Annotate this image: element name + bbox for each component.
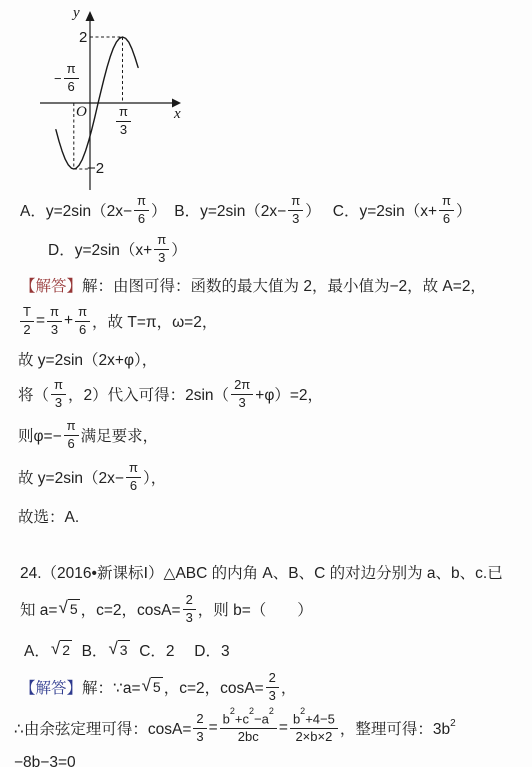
y-tick-min: −2 bbox=[87, 161, 104, 176]
q23-solution-line-6: 故 y=2sin（2x−π6）， bbox=[18, 456, 166, 498]
x-tick-neg-pi-over-6: −π6 bbox=[54, 62, 81, 95]
x-axis-label: x bbox=[174, 107, 181, 122]
q24-solution-line-2: ∴由余弦定理可得：cosA=23=b2+c2−a22bc=b2+4−52×b×2… bbox=[14, 706, 456, 750]
y-axis-label: y bbox=[73, 6, 80, 21]
q23-solution-line-4: 将（π3，2）代入可得：2sin（2π3+φ）=2， bbox=[18, 373, 323, 415]
q23-solution-line-5: 则φ=−π6满足要求， bbox=[18, 414, 158, 456]
origin-label: O bbox=[76, 105, 87, 120]
q24-solution-line-3: −8b−3=0 bbox=[14, 751, 76, 767]
q23-solution-answer: 故选：A. bbox=[18, 504, 79, 528]
q24-options-row: A．2 B．3 C．2 D．3 bbox=[24, 636, 230, 664]
function-graph-figure: y x O 2 −2 −π6 π3 bbox=[16, 4, 192, 196]
q24-stem-line-2: 知 a=5，c=2，cosA=23，则 b=（ ） bbox=[20, 588, 313, 630]
q24-solution-line-1: 【解答】解：∵a=5，c=2，cosA=23， bbox=[20, 666, 296, 708]
q23-options-row-2: D．y=2sin（x+π3） bbox=[48, 229, 187, 269]
q24-stem-line-1: 24.（2016•新课标Ⅰ）△ABC 的内角 A、B、C 的对边分别为 a、b、… bbox=[20, 560, 503, 584]
q23-solution-line-3: 故 y=2sin（2x+φ）， bbox=[18, 347, 157, 371]
q23-options-row-1: A．y=2sin（2x−π6） B．y=2sin（2x−π3） C．y=2sin… bbox=[20, 190, 472, 230]
q23-solution-line-2: T2=π3+π6，故 T=π，ω=2， bbox=[18, 300, 217, 342]
y-tick-max: 2 bbox=[79, 30, 87, 45]
y-axis-arrow-icon bbox=[86, 11, 95, 21]
document-page: y x O 2 −2 −π6 π3 A．y=2sin（2x−π6） B．y=2s… bbox=[0, 0, 532, 767]
x-tick-pi-over-3: π3 bbox=[114, 105, 133, 138]
q23-solution-line-1: 【解答】解：由图可得：函数的最大值为 2，最小值为−2，故 A=2， bbox=[20, 273, 486, 297]
